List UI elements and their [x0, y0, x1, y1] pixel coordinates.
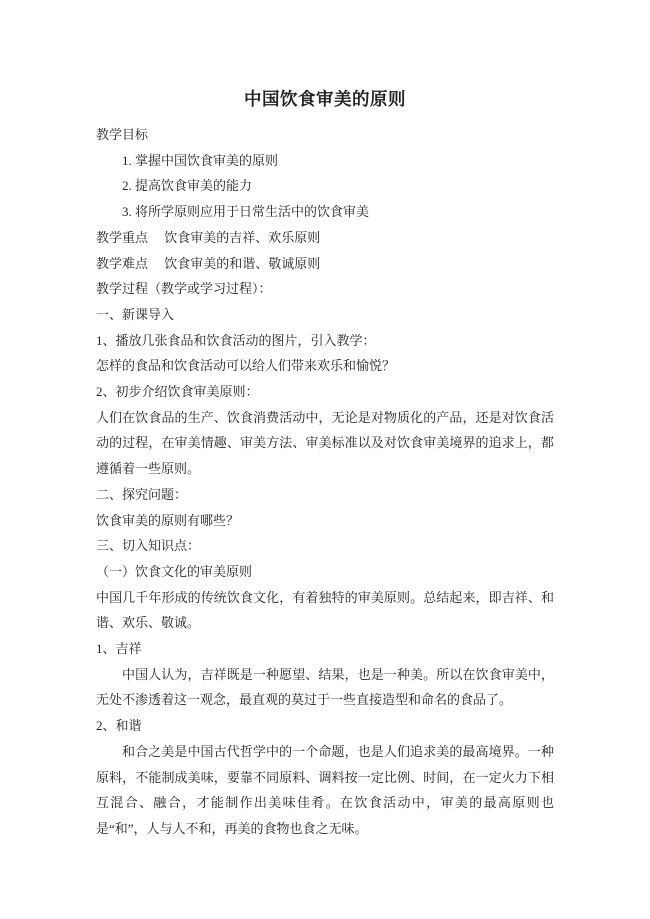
document-page: 中国饮食审美的原则 教学目标 1. 掌握中国饮食审美的原则 2. 提高饮食审美的… — [0, 0, 650, 919]
section-2-heading: 二、探究问题： — [96, 482, 554, 508]
section-1-heading: 一、新课导入 — [96, 302, 554, 328]
section-3-heading: 三、切入知识点： — [96, 533, 554, 559]
teaching-focus-line: 教学重点 饮食审美的吉祥、欢乐原则 — [96, 225, 554, 251]
objective-item-1: 1. 掌握中国饮食审美的原则 — [96, 148, 554, 174]
objective-item-3: 3. 将所学原则应用于日常生活中的饮食审美 — [96, 199, 554, 225]
section-1-question: 怎样的食品和饮食活动可以给人们带来欢乐和愉悦？ — [96, 353, 554, 379]
document-title: 中国饮食审美的原则 — [96, 86, 554, 112]
point-1-jixiang-paragraph: 中国人认为，吉祥既是一种愿望、结果，也是一种美。所以在饮食审美中，无处不渗透着这… — [96, 662, 554, 713]
point-1-jixiang-heading: 1、吉祥 — [96, 636, 554, 662]
objective-item-2: 2. 提高饮食审美的能力 — [96, 173, 554, 199]
teaching-objectives-label: 教学目标 — [96, 122, 554, 148]
aesthetic-principles-summary: 中国几千年形成的传统饮食文化，有着独特的审美原则。总结起来，即吉祥、和谐、欢乐、… — [96, 585, 554, 636]
section-1-step-2: 2、初步介绍饮食审美原则： — [96, 379, 554, 405]
section-1-step-1: 1、播放几张食品和饮食活动的图片，引入教学： — [96, 328, 554, 354]
teaching-process-label: 教学过程（教学或学习过程）： — [96, 276, 554, 302]
point-2-hexie-paragraph: 和合之美是中国古代哲学中的一个命题，也是人们追求美的最高境界。一种原料，不能制成… — [96, 739, 554, 842]
subsection-1-heading: （一）饮食文化的审美原则 — [96, 559, 554, 585]
intro-principles-paragraph: 人们在饮食品的生产、饮食消费活动中，无论是对物质化的产品，还是对饮食活动的过程，… — [96, 405, 554, 482]
teaching-difficulty-line: 教学难点 饮食审美的和谐、敬诚原则 — [96, 251, 554, 277]
inquiry-question: 饮食审美的原则有哪些？ — [96, 508, 554, 534]
point-2-hexie-heading: 2、和谐 — [96, 713, 554, 739]
